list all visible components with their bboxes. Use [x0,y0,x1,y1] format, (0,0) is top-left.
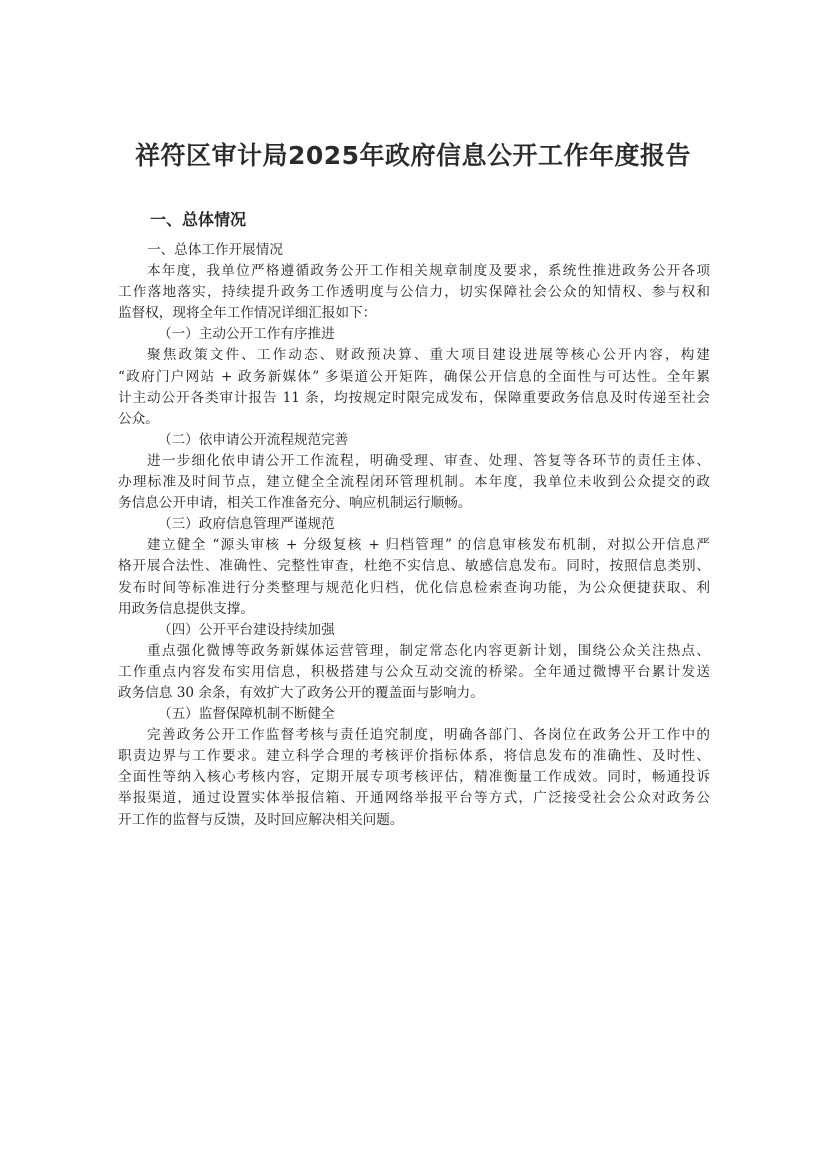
paragraph-line: 务信息公开申请，相关工作准备充分、响应机制运行顺畅。 [118,493,710,514]
paragraph-line: 监督权，现将全年工作情况详细汇报如下： [118,303,710,324]
paragraph-line: 计主动公开各类审计报告 11 条，均按规定时限完成发布，保障重要政务信息及时传递… [118,388,710,409]
paragraph-line: 进一步细化依申请公开工作流程，明确受理、审查、处理、答复等各环节的责任主体、 [118,451,710,472]
section-heading-5: （五）监督保障机制不断健全 [118,704,710,725]
section-heading: 一、总体情况 [150,207,246,230]
subheading: 一、总体工作开展情况 [118,240,710,261]
paragraph-line: 格开展合法性、准确性、完整性审查，杜绝不实信息、敏感信息发布。同时，按照信息类别… [118,556,710,577]
section-heading-3: （三）政府信息管理严谨规范 [118,514,710,535]
section-heading-1: （一）主动公开工作有序推进 [118,324,710,345]
paragraph-line: 开工作的监督与反馈，及时回应解决相关问题。 [118,810,710,831]
paragraph-line: 完善政务公开工作监督考核与责任追究制度，明确各部门、各岗位在政务公开工作中的 [118,725,710,746]
paragraph-line: 办理标准及时间节点，建立健全全流程闭环管理机制。本年度，我单位未收到公众提交的政 [118,472,710,493]
paragraph-line: 用政务信息提供支撑。 [118,599,710,620]
section-heading-4: （四）公开平台建设持续加强 [118,620,710,641]
paragraph-line: 工作重点内容发布实用信息，积极搭建与公众互动交流的桥梁。全年通过微博平台累计发送 [118,662,710,683]
paragraph-line: 全面性等纳入核心考核内容，定期开展专项考核评估，精准衡量工作成效。同时，畅通投诉 [118,767,710,788]
paragraph-line: “政府门户网站 + 政务新媒体” 多渠道公开矩阵，确保公开信息的全面性与可达性。… [118,367,710,388]
paragraph-line: 建立健全 “源头审核 + 分级复核 + 归档管理” 的信息审核发布机制，对拟公开… [118,535,710,556]
paragraph-line: 政务信息 30 余条，有效扩大了政务公开的覆盖面与影响力。 [118,683,710,704]
paragraph-line: 举报渠道，通过设置实体举报信箱、开通网络举报平台等方式，广泛接受社会公众对政务公 [118,788,710,809]
document-title: 祥符区审计局2025年政府信息公开工作年度报告 [0,136,826,172]
paragraph-line: 发布时间等标准进行分类整理与规范化归档，优化信息检索查询功能，为公众便捷获取、利 [118,578,710,599]
document-body: 一、总体工作开展情况 本年度，我单位严格遵循政务公开工作相关规章制度及要求，系统… [118,240,710,831]
paragraph-line: 重点强化微博等政务新媒体运营管理，制定常态化内容更新计划，围绕公众关注热点、 [118,641,710,662]
paragraph-line: 公众。 [118,409,710,430]
section-heading-2: （二）依申请公开流程规范完善 [118,430,710,451]
paragraph-line: 工作落地落实，持续提升政务工作透明度与公信力，切实保障社会公众的知情权、参与权和 [118,282,710,303]
paragraph-line: 本年度，我单位严格遵循政务公开工作相关规章制度及要求，系统性推进政务公开各项 [118,261,710,282]
paragraph-line: 职责边界与工作要求。建立科学合理的考核评价指标体系，将信息发布的准确性、及时性、 [118,746,710,767]
paragraph-line: 聚焦政策文件、工作动态、财政预决算、重大项目建设进展等核心公开内容，构建 [118,345,710,366]
